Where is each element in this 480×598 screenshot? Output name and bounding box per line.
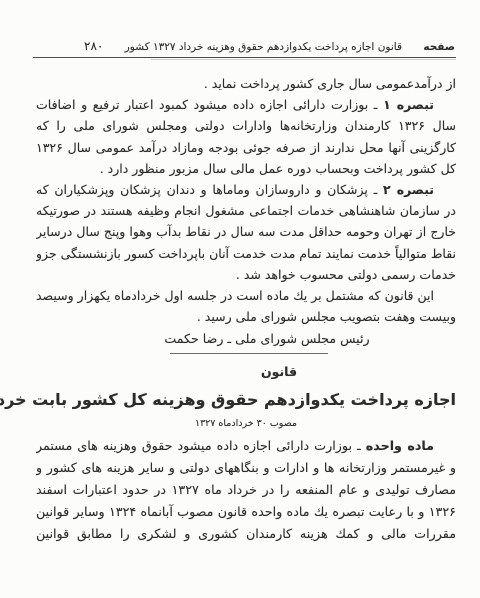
text-line: خارج از تهران وحومه حداقل مدت سه سال در … [36,221,456,242]
text-line: مصارف تولیدی و عام المنفعه را در خرداد م… [36,479,456,501]
text-line: مقررات مالی و کمك هزینه کارمندان کشوری و… [36,523,456,545]
text-line: نقاط متوالیاً خدمت نمایند تمام مدت خدمت … [36,243,456,264]
text-line: خدمات رسمی دولتی محسوب خواهد شد . [36,264,456,285]
page-header: صفحه قانون اجازه پرداخت یکدوازدهم حقوق و… [84,39,455,53]
running-title: قانون اجازه پرداخت یکدوازدهم حقوق وهزینه… [125,41,402,53]
text-line: در سازمان شاهنشاهی خدمات اجتماعی مشغول ا… [36,200,456,221]
text-line: کارگزینی آنها محل ندارند از صرفه جوئی بو… [36,137,456,158]
law-approval-date: مصوب ۳۰ خردادماه ۱۳۲۷ [36,417,456,431]
law-title: اجازه پرداخت یکدوازدهم حقوق وهزینه کل کش… [36,387,456,413]
header-divider [33,57,456,62]
law-body-text: ماده واحده ـ بوزارت دارائی اجازه داده می… [36,435,456,545]
text-line: کل کشور پرداخت وبحساب دوره عمل مالی سال … [36,158,456,179]
text-line: تبصره ۲ ـ پزشکان و داروسازان وماماها و د… [36,179,456,200]
text-line: از درآمدعمومی سال جاری کشور پرداخت نماید… [36,73,456,94]
text-line: سال ۱۳۲۶ کارمندان وزارتخانه‌ها وادارات د… [36,115,456,136]
new-law-section: قانون اجازه پرداخت یکدوازدهم حقوق وهزینه… [36,362,456,545]
speaker-signature: رئیس مجلس شورای ملی ـ رضا حکمت [57,328,477,349]
page-label: صفحه [423,41,455,53]
section-divider [170,353,328,354]
law-kicker: قانون [69,362,480,382]
scanned-gazette-page: صفحه قانون اجازه پرداخت یکدوازدهم حقوق و… [0,0,480,598]
law-closing-text: از درآمدعمومی سال جاری کشور پرداخت نماید… [36,73,456,327]
law-closing-section: از درآمدعمومی سال جاری کشور پرداخت نماید… [36,73,456,354]
text-line: ماده واحده ـ بوزارت دارائی اجازه داده می… [36,435,456,457]
text-line: ۱۳۲۶ و با رعایت تبصره یك ماده واحده قانو… [36,501,456,523]
text-line: این قانون که مشتمل بر یك ماده است در جلس… [36,285,456,306]
page-number: ۲۸۰ [84,39,103,53]
text-line: تبصره ۱ ـ بوزارت دارائی اجازه داده میشود… [36,94,456,115]
text-line: وبیست وهفت بتصویب مجلس شورای ملی رسید . [36,306,456,327]
text-line: و غیرمستمر وزارتخانه ها و ادارات و بنگاه… [36,457,456,479]
